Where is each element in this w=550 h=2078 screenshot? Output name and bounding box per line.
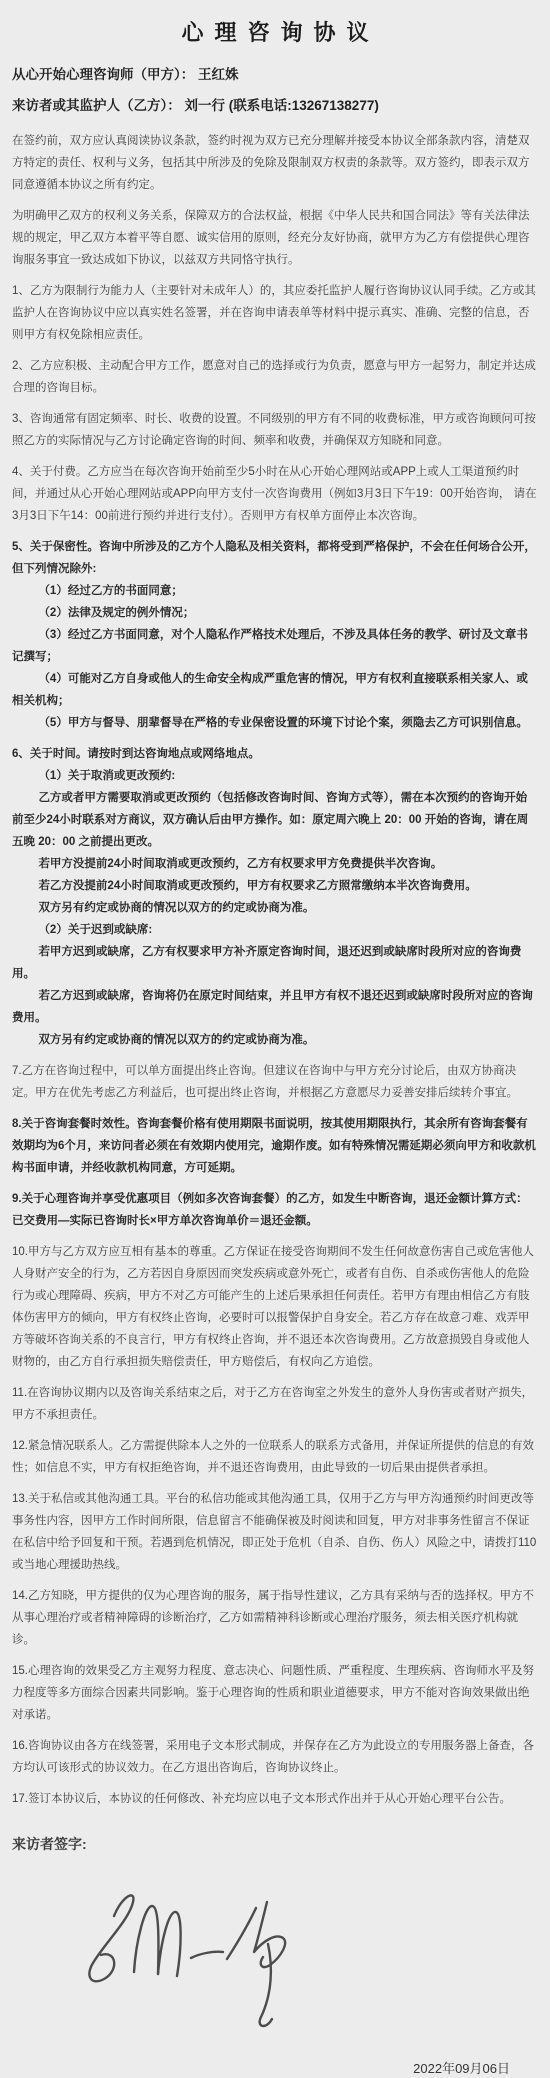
agreement-paragraph: 17.签订本协议后，本协议的任何修改、补充均应以电子文本形式作出并于从心开始心理… [12, 1788, 538, 1810]
party-b-line: 来访者或其监护人（乙方）： 刘一行 (联系电话:13267138277) [12, 96, 538, 116]
agreement-paragraph: 3、咨询通常有固定频率、时长、收费的设置。不同级别的甲方有不同的收费标准，甲方或… [12, 408, 538, 452]
signature-strokes [50, 1882, 310, 2050]
agreement-paragraph: 4、关于付费。乙方应当在每次咨询开始前至少5小时在从心开始心理网站或APP上或人… [12, 461, 538, 527]
agreement-text: （5）甲方与督导、朋辈督导在严格的专业保密设置的环境下讨论个案，须隐去乙方可识别… [12, 712, 538, 734]
agreement-text: 若乙方没提前24小时间取消或更改预约，甲方有权要求乙方照常缴纳本半次咨询费用。 [12, 875, 538, 897]
page-title: 心理咨询协议 [12, 16, 538, 47]
agreement-text: 13.关于私信或其他沟通工具。平台的私信功能或其他沟通工具，仅用于乙方与甲方沟通… [12, 1488, 538, 1576]
agreement-text: （4）可能对乙方自身或他人的生命安全构成严重危害的情况，甲方有权利直接联系相关家… [12, 668, 538, 712]
agreement-text: （2）法律及规定的例外情况； [12, 602, 538, 624]
agreement-body: 在签约前，双方应认真阅读协议条款，签约时视为双方已充分理解并接受本协议全部条款内… [12, 130, 538, 1810]
party-a-line: 从心开始心理咨询师（甲方）： 王红姝 [12, 65, 538, 85]
agreement-paragraph: 16.咨询协议由各方在线签署，采用电子文本形式制成，并保存在乙方为此设立的专用服… [12, 1735, 538, 1779]
agreement-paragraph: 1、乙方为限制行为能力人（主要针对未成年人）的，其应委托监护人履行咨询协议认同手… [12, 280, 538, 346]
agreement-text: 3、咨询通常有固定频率、时长、收费的设置。不同级别的甲方有不同的收费标准，甲方或… [12, 408, 538, 452]
agreement-paragraph: 9.关于心理咨询并享受优惠项目（例如多次咨询套餐）的乙方，如发生中断咨询，退还金… [12, 1188, 538, 1232]
signature-date: 2022年09月06日 [12, 2058, 538, 2077]
agreement-paragraph: 为明确甲乙双方的权利义务关系，保障双方的合法权益，根据《中华人民共和国合同法》等… [12, 205, 538, 271]
agreement-text: 若甲方迟到或缺席，乙方有权要求甲方补齐原定咨询时间，退还迟到或缺席时段所对应的咨… [12, 941, 538, 985]
signature-image [50, 1882, 310, 2050]
agreement-text: 16.咨询协议由各方在线签署，采用电子文本形式制成，并保存在乙方为此设立的专用服… [12, 1735, 538, 1779]
agreement-text: 乙方或者甲方需要取消或更改预约（包括修改咨询时间、咨询方式等），需在本次预约的咨… [12, 787, 538, 853]
agreement-text: （1）关于取消或更改预约: [12, 765, 538, 787]
agreement-text: （2）关于迟到或缺席: [12, 919, 538, 941]
agreement-text: 17.签订本协议后，本协议的任何修改、补充均应以电子文本形式作出并于从心开始心理… [12, 1788, 538, 1810]
agreement-text: 9.关于心理咨询并享受优惠项目（例如多次咨询套餐）的乙方，如发生中断咨询，退还金… [12, 1188, 538, 1232]
agreement-paragraph: 2、乙方应积极、主动配合甲方工作，愿意对自己的选择或行为负责，愿意与甲方一起努力… [12, 355, 538, 399]
agreement-paragraph: 11.在咨询协议期内以及咨询关系结束之后，对于乙方在咨询室之外发生的意外人身伤害… [12, 1382, 538, 1426]
agreement-paragraph: 15.心理咨询的效果受乙方主观努力程度、意志决心、问题性质、严重程度、生理疾病、… [12, 1660, 538, 1726]
agreement-text: 若甲方没提前24小时间取消或更改预约，乙方有权要求甲方免费提供半次咨询。 [12, 853, 538, 875]
agreement-paragraph: 5、关于保密性。咨询中所涉及的乙方个人隐私及相关资料，都将受到严格保护，不会在任… [12, 536, 538, 734]
agreement-text: 7.乙方在咨询过程中，可以单方面提出终止咨询。但建议在咨询中与甲方充分讨论后，由… [12, 1060, 538, 1104]
agreement-text: 2、乙方应积极、主动配合甲方工作，愿意对自己的选择或行为负责，愿意与甲方一起努力… [12, 355, 538, 399]
agreement-paragraph: 6、关于时间。请按时到达咨询地点或网络地点。（1）关于取消或更改预约:乙方或者甲… [12, 743, 538, 1051]
agreement-text: 15.心理咨询的效果受乙方主观努力程度、意志决心、问题性质、严重程度、生理疾病、… [12, 1660, 538, 1726]
agreement-text: 4、关于付费。乙方应当在每次咨询开始前至少5小时在从心开始心理网站或APP上或人… [12, 461, 538, 527]
agreement-text: 若乙方迟到或缺席，咨询将仍在原定时间结束，并且甲方有权不退还迟到或缺席时段所对应… [12, 985, 538, 1029]
agreement-paragraph: 10.甲方与乙方双方应互相有基本的尊重。乙方保证在接受咨询期间不发生任何故意伤害… [12, 1241, 538, 1373]
agreement-text: 14.乙方知晓，甲方提供的仅为心理咨询的服务，属于指导性建议，乙方具有采纳与否的… [12, 1585, 538, 1651]
agreement-text: （1）经过乙方的书面同意； [12, 580, 538, 602]
agreement-text: 在签约前，双方应认真阅读协议条款，签约时视为双方已充分理解并接受本协议全部条款内… [12, 130, 538, 196]
agreement-text: 为明确甲乙双方的权利义务关系，保障双方的合法权益，根据《中华人民共和国合同法》等… [12, 205, 538, 271]
agreement-text: （3）经过乙方书面同意，对个人隐私作严格技术处理后，不涉及具体任务的教学、研讨及… [12, 624, 538, 668]
agreement-text: 11.在咨询协议期内以及咨询关系结束之后，对于乙方在咨询室之外发生的意外人身伤害… [12, 1382, 538, 1426]
agreement-text: 双方另有约定或协商的情况以双方的约定或协商为准。 [12, 897, 538, 919]
agreement-paragraph: 14.乙方知晓，甲方提供的仅为心理咨询的服务，属于指导性建议，乙方具有采纳与否的… [12, 1585, 538, 1651]
signature-label: 来访者签字: [12, 1834, 538, 1854]
agreement-text: 10.甲方与乙方双方应互相有基本的尊重。乙方保证在接受咨询期间不发生任何故意伤害… [12, 1241, 538, 1373]
agreement-paragraph: 12.紧急情况联系人。乙方需提供除本人之外的一位联系人的联系方式备用，并保证所提… [12, 1435, 538, 1479]
agreement-paragraph: 在签约前，双方应认真阅读协议条款，签约时视为双方已充分理解并接受本协议全部条款内… [12, 130, 538, 196]
agreement-text: 双方另有约定或协商的情况以双方的约定或协商为准。 [12, 1029, 538, 1051]
agreement-text: 12.紧急情况联系人。乙方需提供除本人之外的一位联系人的联系方式备用，并保证所提… [12, 1435, 538, 1479]
agreement-page: 心理咨询协议 从心开始心理咨询师（甲方）： 王红姝 来访者或其监护人（乙方）： … [0, 0, 550, 2078]
agreement-text: 6、关于时间。请按时到达咨询地点或网络地点。 [12, 743, 538, 765]
agreement-paragraph: 8.关于咨询套餐时效性。咨询套餐价格有使用期限书面说明，按其使用期限执行，其余所… [12, 1113, 538, 1179]
agreement-paragraph: 7.乙方在咨询过程中，可以单方面提出终止咨询。但建议在咨询中与甲方充分讨论后，由… [12, 1060, 538, 1104]
agreement-text: 8.关于咨询套餐时效性。咨询套餐价格有使用期限书面说明，按其使用期限执行，其余所… [12, 1113, 538, 1179]
agreement-text: 1、乙方为限制行为能力人（主要针对未成年人）的，其应委托监护人履行咨询协议认同手… [12, 280, 538, 346]
agreement-paragraph: 13.关于私信或其他沟通工具。平台的私信功能或其他沟通工具，仅用于乙方与甲方沟通… [12, 1488, 538, 1576]
agreement-text: 5、关于保密性。咨询中所涉及的乙方个人隐私及相关资料，都将受到严格保护，不会在任… [12, 536, 538, 580]
